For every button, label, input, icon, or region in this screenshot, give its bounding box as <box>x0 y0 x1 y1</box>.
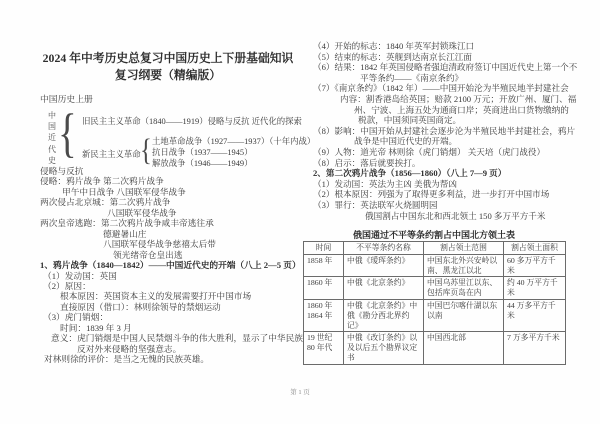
table-header-cell: 不平等条约名称 <box>344 242 424 255</box>
text-line: 德避暑山庄 <box>103 229 302 239</box>
text-line: （2）根本原因：列强为了取得更多利益，进一步打开中国市场 <box>313 189 571 200</box>
text-line: 领光绪帝仓皇出逃 <box>113 250 302 260</box>
new-revolution-label: 新民主主义革命 <box>82 148 141 160</box>
table-header-cell: 割占领土面积 <box>504 242 566 255</box>
table-row: 1860 年 1864 年 中俄《北京条约》中俄《勘分西北界约记》 中国巴尔喀什… <box>304 299 566 331</box>
table-cell: 19 世纪 80 年代 <box>304 332 344 364</box>
text-line: 侵略与反抗 <box>40 166 302 176</box>
table-header-row: 时间 不平等条约名称 割占领土范围 割占领土面积 <box>304 242 566 255</box>
table-cell: 60 多万平方千米 <box>504 254 566 277</box>
table-cell: 1858 年 <box>304 254 344 277</box>
table-title: 俄国通过不平等条约割占中国北方领土表 <box>303 228 565 241</box>
text-line: 时间：1839 年 3 月 <box>60 323 302 333</box>
table-cell: 中国东北外兴安岭以南、黑龙江以北 <box>424 254 504 277</box>
table-cell: 中俄《北京条约》 <box>344 277 424 300</box>
text-line: 对林则徐的评价：是当之无愧的民族英雄。 <box>44 354 302 364</box>
text-line: （5）结束的标志：英舰到达南京长江江面 <box>313 52 571 63</box>
text-line: （7）《南京条约》（1842 年）——中国开始沦为半殖民地半封建社会 <box>313 83 571 94</box>
vertical-era-label: 中国近代史 <box>48 110 58 166</box>
footer-page-number: 第 1 页 <box>0 387 600 396</box>
right-column-text: （4）开始的标志：1840 年英军封锁珠江口 （5）结束的标志：英舰到达南京长江… <box>313 41 571 221</box>
old-revolution-line: 旧民主主义革命（1840——1919）侵略与反抗 近代化的探索 <box>82 115 302 127</box>
table-cell: 中国乌苏里江以东、包括库页岛在内 <box>424 277 504 300</box>
table-row: 1860 年 中俄《北京条约》 中国乌苏里江以东、包括库页岛在内 约 40 万平… <box>304 277 566 300</box>
text-line: 甲午中日战争 八国联军侵华战争 <box>62 187 302 197</box>
title-line-2: 复习纲要（精编版） <box>38 67 298 84</box>
table-cell: 中俄《北京条约》中俄《勘分西北界约记》 <box>344 299 424 331</box>
table-cell: 7 万多平方千米 <box>504 332 566 364</box>
text-line: （2）原因： <box>43 281 302 291</box>
text-line: 俄国割占中国东北和西北领土 150 多万平方千米 <box>365 211 571 222</box>
table-row: 1858 年 中俄《瑷珲条约》 中国东北外兴安岭以南、黑龙江以北 60 多万平方… <box>304 254 566 277</box>
text-line: 八国联军侵华战争慈禧太后带 <box>103 239 302 249</box>
table-cell: 中俄《改订条约》以及以后五个勘界议定书 <box>344 332 424 364</box>
history-brace-diagram: 中国近代史 { 旧民主主义革命（1840——1919）侵略与反抗 近代化的探索 … <box>44 104 300 172</box>
text-line: 根本原因：英国资本主义的发展需要打开中国市场 <box>60 291 302 301</box>
text-line: （8）启示：落后就要挨打。 <box>313 158 571 169</box>
brace-icon: { <box>58 98 77 168</box>
war-item: 土地革命战争（1927——1937）（十年内战） <box>152 137 315 148</box>
table-cell: 中国西北部 <box>424 332 504 364</box>
document-page: 2024 年中考历史总复习中国历史上下册基础知识 复习纲要（精编版） 中国历史上… <box>0 0 600 424</box>
text-line: 八国联军侵华战争 <box>107 208 302 218</box>
text-line: 直接原因（借口）：林则徐领导的禁烟运动 <box>60 302 302 312</box>
table-header-cell: 割占领土范围 <box>424 242 504 255</box>
text-line: （3）罪行：英法联军火烧圆明园 <box>313 200 571 211</box>
text-line: （8）影响：中国开始从封建社会逐步沦为半殖民地半封建社会，鸦片 <box>313 126 571 137</box>
text-line: 两次侵占北京城：第二次鸦片战争 <box>40 197 302 207</box>
table-cell: 1860 年 <box>304 277 344 300</box>
text-line: （1）发动国：英法为主凶 美俄为帮凶 <box>313 179 571 190</box>
brace-icon: { <box>140 131 152 169</box>
text-line: 州、宁波、上海五处为通商口岸；英商进出口货物缴纳的 <box>354 105 571 116</box>
text-line: 平等条约——《南京条约》 <box>360 73 571 84</box>
text-line: 反对外来侵略的坚强意志。 <box>77 344 302 354</box>
table-cell: 44 万多平方千米 <box>504 299 566 331</box>
text-line: 战争是中国近代史的开端。 <box>354 136 571 147</box>
russia-treaty-table: 时间 不平等条约名称 割占领土范围 割占领土面积 1858 年 中俄《瑷珲条约》… <box>303 241 566 365</box>
table-cell: 约 40 万平方千米 <box>504 277 566 300</box>
section-heading: 1、鸦片战争（1840—1842）——中国近代史的开端（八上 2—5 页） <box>40 260 302 270</box>
left-column-text: 侵略与反抗 侵略：鸦片战争 第二次鸦片战争 甲午中日战争 八国联军侵华战争 两次… <box>40 166 302 365</box>
war-sub-items: 土地革命战争（1927——1937）（十年内战） 抗日战争（1937——1945… <box>152 137 315 169</box>
text-line: 意义：虎门销烟是中国人民禁烟斗争的伟大胜利，显示了中华民族 <box>51 333 302 343</box>
text-line: 内容：割香港岛给英国；赔款 2100 万元；开放广州、厦门、福 <box>340 94 571 105</box>
text-line: （6）结果：1842 年英国侵略者强迫清政府签订中国近代史上第一个不 <box>313 62 571 73</box>
text-line: 两次皇帝逃跑：第二次鸦片战争咸丰帝逃往承 <box>40 218 302 228</box>
page-title: 2024 年中考历史总复习中国历史上下册基础知识 复习纲要（精编版） <box>38 50 298 84</box>
table-header-cell: 时间 <box>304 242 344 255</box>
war-item: 抗日战争（1937——1945） <box>152 148 315 159</box>
section-heading: 2、第二次鸦片战争（1856—1860）（八上 7—9 页） <box>313 168 571 179</box>
title-line-1: 2024 年中考历史总复习中国历史上下册基础知识 <box>38 50 298 67</box>
text-line: 税款，中国须同英国商定。 <box>358 115 571 126</box>
text-line: （1）发动国：英国 <box>43 271 302 281</box>
table-row: 19 世纪 80 年代 中俄《改订条约》以及以后五个勘界议定书 中国西北部 7 … <box>304 332 566 364</box>
table-cell: 1860 年 1864 年 <box>304 299 344 331</box>
table-cell: 中俄《瑷珲条约》 <box>344 254 424 277</box>
text-line: （3）虎门销烟： <box>43 312 302 322</box>
table-cell: 中国巴尔喀什湖以东以南 <box>424 299 504 331</box>
text-line: 侵略：鸦片战争 第二次鸦片战争 <box>40 176 302 186</box>
text-line: （4）开始的标志：1840 年英军封锁珠江口 <box>313 41 571 52</box>
text-line: （9）人物：道光帝 林则徐（虎门销烟） 关天培（虎门战役） <box>313 147 571 158</box>
